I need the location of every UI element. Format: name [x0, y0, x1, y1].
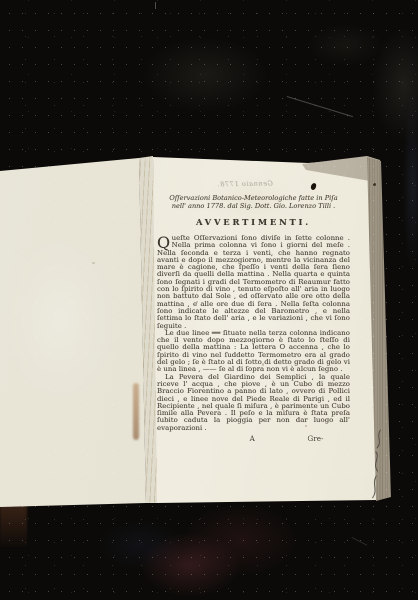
- catchword: Gre-: [308, 434, 324, 443]
- page-title-line2: nell' anno 1778. dal Sig. Dott. Gio. Lor…: [172, 202, 336, 210]
- ink-speck: [373, 183, 376, 186]
- film-scratch: [287, 96, 353, 117]
- signature-line: A Gre-: [157, 434, 350, 443]
- paragraph-3: La Pevera del Giardino dei Semplici , la…: [157, 374, 350, 432]
- drop-cap: Q: [157, 235, 172, 249]
- paragraph-1-text: ueſte Oſſervazioni ſono diviſe in ſette …: [157, 234, 350, 330]
- showthrough-mirrored-text: Gennaio 1778.: [217, 180, 273, 189]
- gutter-stain: [133, 383, 139, 440]
- foxing-spot: [92, 262, 95, 264]
- photo-of-open-book: Gennaio 1778. Oſſervazioni Botanico-Mete…: [0, 0, 418, 600]
- section-heading: AVVERTIMENTI.: [157, 217, 350, 227]
- paragraph-2: Le due linee ══ ſituate nella terza colo…: [157, 330, 350, 374]
- page-title-line1: Oſſervazioni Botanico-Meteorologiche fat…: [169, 194, 337, 202]
- ink-blot: [310, 183, 316, 191]
- film-scratch: [352, 537, 368, 546]
- film-scratch: [155, 2, 156, 9]
- paragraph-1: Queſte Oſſervazioni ſono diviſe in ſette…: [157, 235, 350, 330]
- signature-mark: A: [250, 434, 255, 443]
- printed-text-block: Gennaio 1778. Oſſervazioni Botanico-Mete…: [157, 183, 350, 443]
- page-title: Oſſervazioni Botanico-Meteorologiche fat…: [162, 194, 345, 210]
- body-text: Queſte Oſſervazioni ſono diviſe in ſette…: [157, 235, 350, 432]
